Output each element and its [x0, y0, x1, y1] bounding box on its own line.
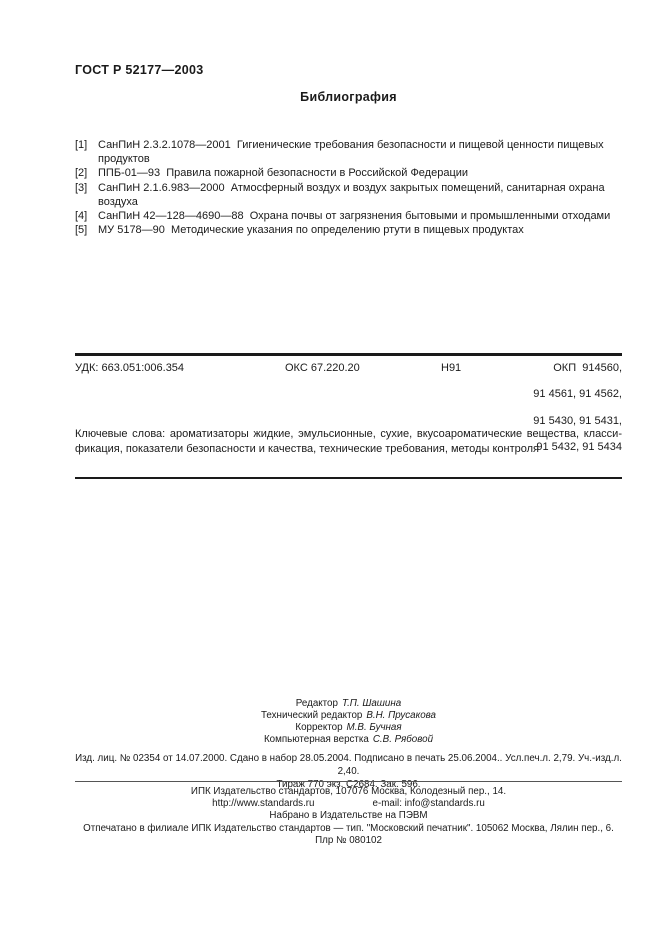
typeset-line: Набрано в Издательстве на ПЭВМ	[75, 810, 622, 822]
ref-number: [5]	[75, 223, 98, 237]
udk-code: УДК: 663.051:006.354	[75, 362, 184, 374]
page-title: Библиография	[75, 90, 622, 104]
editor-line: КорректорМ.В. Бучная	[75, 722, 622, 734]
editor-name: С.В. Рябовой	[373, 734, 433, 745]
bibliography-list: [1] СанПиН 2.3.2.1078—2001 Гигиенические…	[75, 138, 622, 237]
ref-number: [2]	[75, 166, 98, 180]
printed-line: Отпечатано в филиале ИПК Издательство ст…	[75, 823, 622, 835]
horizontal-rule-thick	[75, 353, 622, 356]
okp-line: ОКП 914560,	[553, 362, 622, 374]
ref-number: [1]	[75, 138, 98, 166]
license-line: Изд. лиц. № 02354 от 14.07.2000. Сдано в…	[75, 752, 622, 778]
editor-name: В.Н. Прусакова	[366, 710, 436, 721]
bibliography-item: [4] СанПиН 42—128—4690—88 Охрана почвы о…	[75, 209, 622, 223]
publisher-address-line: ИПК Издательство стандартов, 107076 Моск…	[75, 786, 622, 798]
bibliography-item: [5] МУ 5178—90 Методические указания по …	[75, 223, 622, 237]
okp-line: 91 5430, 91 5431,	[533, 415, 622, 427]
editors-block: РедакторТ.П. Шашина Технический редактор…	[75, 698, 622, 746]
keywords-line: фикация, показатели безопасности и качес…	[75, 442, 622, 457]
ref-text: СанПиН 2.1.6.983—2000 Атмосферный воздух…	[98, 181, 622, 209]
website-text: http://www.standards.ru	[212, 798, 314, 809]
editor-role: Компьютерная верстка	[264, 734, 369, 745]
ref-text: ППБ-01—93 Правила пожарной безопасности …	[98, 166, 622, 180]
bibliography-item: [3] СанПиН 2.1.6.983—2000 Атмосферный во…	[75, 181, 622, 209]
ref-number: [4]	[75, 209, 98, 223]
editor-name: Т.П. Шашина	[342, 698, 401, 709]
editor-line: РедакторТ.П. Шашина	[75, 698, 622, 710]
editor-line: Технический редакторВ.Н. Прусакова	[75, 710, 622, 722]
bibliography-item: [2] ППБ-01—93 Правила пожарной безопасно…	[75, 166, 622, 180]
ref-text: СанПиН 2.3.2.1078—2001 Гигиенические тре…	[98, 138, 622, 166]
oks-code: ОКС 67.220.20	[285, 362, 360, 374]
editor-name: М.В. Бучная	[347, 722, 402, 733]
ref-number: [3]	[75, 181, 98, 209]
publisher-block: ИПК Издательство стандартов, 107076 Моск…	[75, 786, 622, 847]
contacts-line: http://www.standards.rue-mail: info@stan…	[75, 798, 622, 810]
bibliography-item: [1] СанПиН 2.3.2.1078—2001 Гигиенические…	[75, 138, 622, 166]
horizontal-rule-thin	[75, 477, 622, 479]
editor-line: Компьютерная версткаС.В. Рябовой	[75, 734, 622, 746]
ref-text: МУ 5178—90 Методические указания по опре…	[98, 223, 622, 237]
group-code: Н91	[441, 362, 461, 374]
okp-line: 91 4561, 91 4562,	[533, 388, 622, 400]
keywords-paragraph: Ключевые слова: ароматизаторы жидкие, эм…	[75, 427, 622, 457]
editor-role: Корректор	[295, 722, 342, 733]
keywords-line: Ключевые слова: ароматизаторы жидкие, эм…	[75, 427, 622, 442]
document-page: ГОСТ Р 52177—2003 Библиография [1] СанПи…	[0, 0, 661, 936]
editor-role: Технический редактор	[261, 710, 362, 721]
horizontal-rule-light	[75, 781, 622, 782]
editor-role: Редактор	[296, 698, 338, 709]
ref-text: СанПиН 42—128—4690—88 Охрана почвы от за…	[98, 209, 622, 223]
doc-number-header: ГОСТ Р 52177—2003	[75, 63, 203, 77]
email-text: e-mail: info@standards.ru	[373, 798, 485, 809]
plr-line: Плр № 080102	[75, 835, 622, 847]
